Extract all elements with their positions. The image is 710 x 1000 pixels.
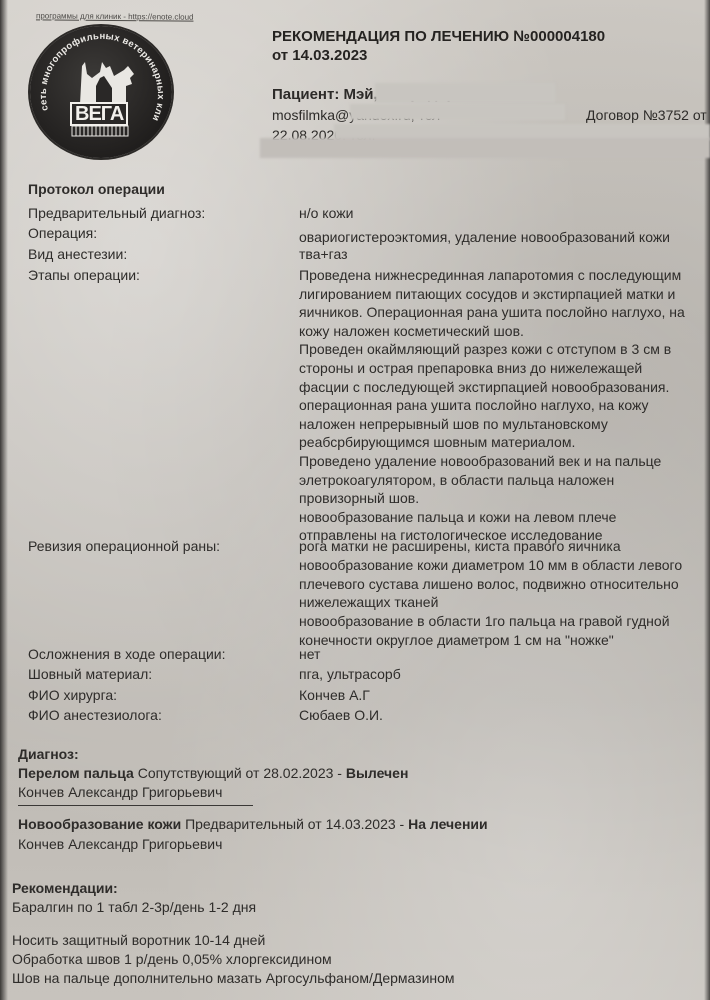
protocol-field-value: фасции с последующей экстирпацией новооб… [299,378,704,397]
protocol-field-value: кожу наложен косметический шов. [299,322,704,341]
diagnosis-item-1: Перелом пальца Сопутствующий от 28.02.20… [18,764,408,783]
protocol-field-value: операционная рана ушита послойно наглухо… [299,396,704,415]
protocol-field-value: Проведена нижнесрединная лапаротомия с п… [299,266,704,285]
protocol-field-value: стороны и острая препаровка вниз до ниже… [299,359,704,378]
document-header: РЕКОМЕНДАЦИЯ ПО ЛЕЧЕНИЮ №000004180 от 14… [272,27,605,65]
protocol-field-value: новообразование в области 1го пальца на … [299,612,704,631]
protocol-field-value: новообразование пальца и кожи на левом п… [299,508,704,527]
protocol-field-value: реабсрбирующимся шовным материалом. [299,433,704,452]
protocol-field-value: наложен непрерывный шов по мультановском… [299,415,704,434]
protocol-field-value: лигированием питающих сосудов и экстирпа… [299,285,704,304]
redaction [375,83,555,103]
divider-line [18,805,253,806]
protocol-field-value: Проведен окаймляющий разрез кожи с отсту… [299,340,704,359]
protocol-field-label: Ревизия операционной раны: [28,537,220,556]
protocol-field-value: пга, ультрасорб [299,665,704,684]
diagnosis-item-2: Новообразование кожи Предварительный от … [18,815,488,834]
contract-number: Договор №3752 от [586,107,707,123]
protocol-field-value: Кончев А.Г [299,686,704,705]
recommendation-line: Шов на пальце дополнительно мазать Аргос… [12,969,455,988]
diagnosis-status: Вылечен [346,765,409,781]
protocol-field-value: Сюбаев О.И. [299,706,704,725]
diagnosis-type: Сопутствующий от 28.02.2023 - [138,765,342,781]
diagnosis-type: Предварительный от 14.03.2023 - [185,816,404,832]
clinic-logo: сеть многопрофильных ветеринарных клиник… [30,26,172,158]
protocol-field-label: Шовный материал: [28,665,152,684]
program-note: программы для клиник - https://enote.clo… [36,11,194,21]
protocol-field-value: н/о кожи [299,204,704,223]
logo-brand-text: ВЕГА [70,102,128,126]
diagnosis-status: На лечении [408,816,488,832]
protocol-field-value: нет [299,645,704,664]
protocol-field-label: ФИО хирурга: [28,686,117,705]
recommendation-line: Обработка швов 1 р/день 0,05% хлоргексид… [12,950,332,969]
protocol-field-value: Проведено удаление новообразований век и… [299,452,704,471]
protocol-field-value: яичников. Операционная рана ушита послой… [299,303,704,322]
protocol-field-label: Вид анестезии: [28,245,127,264]
protocol-heading: Протокол операции [28,180,165,199]
redaction [260,138,710,158]
document-date: от 14.03.2023 [272,46,605,65]
protocol-field-value: элетрокоагулятором, в области пальца нал… [299,471,704,490]
protocol-field-value: новообразование кожи диаметром 10 мм в о… [299,556,704,575]
protocol-field-value: нижележащих тканей [299,593,704,612]
protocol-field-value: провизорный шов. [299,489,704,508]
diagnosis-doctor-2: Кончев Александр Григорьевич [18,835,222,854]
protocol-field-value: плечевого сустава лишено волос, подвижно… [299,575,704,594]
logo-emblem-icon: сеть многопрофильных ветеринарных клиник [30,26,172,158]
diagnosis-name: Новообразование кожи [18,816,181,832]
protocol-field-value: рога матки не расширены, киста правого я… [299,537,704,556]
protocol-field-label: Этапы операции: [28,266,140,285]
paper-edge-shadow [0,0,8,1000]
recommendation-line: Баралгин по 1 табл 2-3р/день 1-2 дня [12,898,256,917]
recommendations-heading: Рекомендации: [12,879,118,898]
protocol-field-value: тва+газ [299,245,704,264]
diagnosis-doctor-1: Кончев Александр Григорьевич [18,783,222,802]
document-title: РЕКОМЕНДАЦИЯ ПО ЛЕЧЕНИЮ №000004180 [272,27,605,46]
diagnosis-heading: Диагноз: [18,745,79,764]
recommendation-line: Носить защитный воротник 10-14 дней [12,931,265,950]
protocol-field-label: Осложнения в ходе операции: [28,645,226,664]
protocol-field-label: Операция: [28,224,97,243]
redaction [350,104,565,120]
protocol-field-label: ФИО анестезиолога: [28,706,162,725]
diagnosis-name: Перелом пальца [18,765,134,781]
protocol-field-label: Предварительный диагноз: [28,204,205,223]
